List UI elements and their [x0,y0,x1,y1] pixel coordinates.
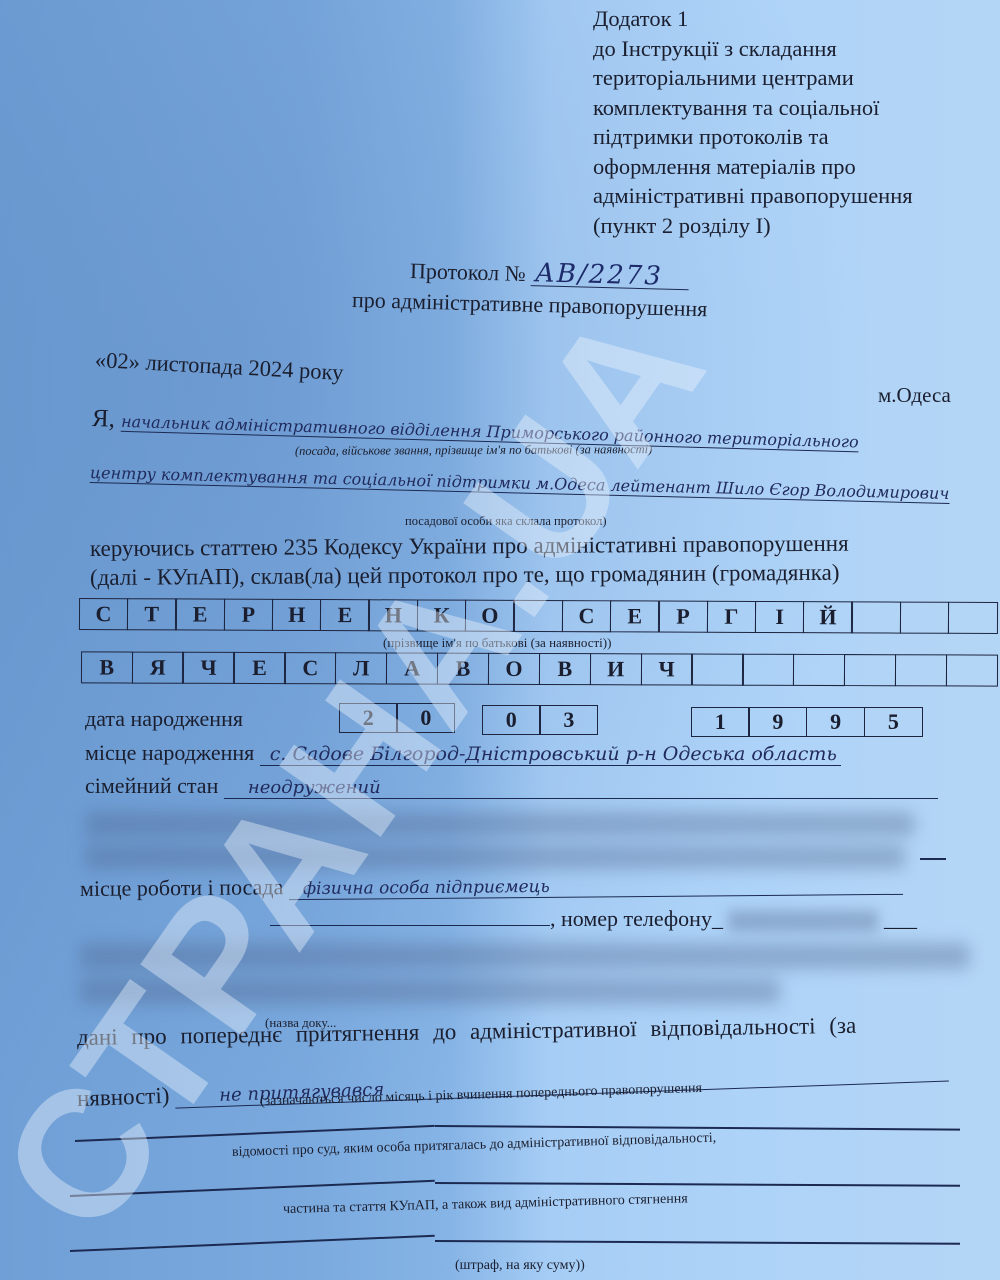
grid-cell: Й [803,601,853,633]
grid-cell: 5 [864,707,923,737]
marital-label: сімейний стан [85,773,218,798]
grid-cell: А [386,652,438,684]
redacted-block [80,978,780,1004]
officer-hint-2: посадової особи яка склала протокол) [405,514,607,529]
marital-line: сімейний стан неодружений [85,773,938,799]
grid-cell: В [437,653,489,685]
grid-cell: 3 [539,705,598,735]
underline [435,1182,960,1186]
grid-cell: Ч [640,653,692,685]
underline [435,1240,960,1244]
hint-fine: (штраф, на яку суму)) [455,1258,585,1274]
underline [75,1125,435,1142]
protocol-label: Протокол № [410,258,526,286]
grid-cell: Н [368,599,418,631]
appendix-header: Додаток 1 до Інструкції з складання тери… [593,4,913,240]
grid-cell [793,654,845,686]
grid-cell [900,602,950,634]
grid-cell [946,654,998,686]
header-line: адміністративні правопорушення [593,181,913,211]
redacted-block [80,943,970,969]
grid-cell: 9 [806,707,865,737]
header-line: комплектування та соціальної [593,93,913,123]
grid-cell: Т [127,598,177,630]
birthplace-label: місце народження [85,740,254,765]
name-grid-row-1: СТЕРНЕНКОСЕРГІЙ [80,598,998,634]
name-grid-row-2: ВЯЧЕСЛАВОВИЧ [82,651,998,686]
grid-cell [948,602,998,634]
grid-cell [513,600,563,632]
grid-cell: Н [272,599,322,631]
phone-line: , номер телефону_ ___ [270,906,917,932]
grid-cell: О [465,600,515,632]
birth-date-label: дата народження [85,706,243,732]
header-line: до Інструкції з складання [593,34,913,64]
work-line: місце роботи і посада фізична особа підп… [80,869,903,902]
grid-cell: В [81,651,133,683]
header-line: підтримки протоколів та [593,122,913,152]
header-line: Додаток 1 [593,4,913,34]
hint-article: частина та стаття КУпАП, а також вид адм… [283,1191,688,1218]
redacted-phone [728,910,878,932]
birthplace-line: місце народження с. Садове Білгород-Дніс… [85,740,841,766]
name-hint: (прізвище ім'я по батькові (за наявності… [383,635,611,651]
grid-cell: И [590,653,642,685]
grid-cell: 1 [691,707,750,737]
work-value: фізична особа підприємець [289,874,903,900]
underline [270,925,550,926]
work-label: місце роботи і посада [80,874,284,901]
grid-cell: С [562,600,612,632]
phone-label: номер телефону [561,906,712,931]
grid-cell: Е [610,600,660,632]
underline [70,1235,435,1252]
protocol-title: Протокол № АВ/2273 [410,258,690,291]
header-line: територіальними центрами [593,63,913,93]
previous-liability-line-1: дані про попереднє притягнення до адміні… [77,1013,857,1051]
header-line: (пункт 2 розділу І) [593,211,913,241]
hint-court: відомості про суд, яким особа притягалас… [232,1131,717,1161]
previous-liability-line-2: нявності) не притягувався [77,1056,950,1112]
grid-cell [691,654,743,686]
grid-cell: Р [658,601,708,633]
grid-cell [851,601,901,633]
birth-day-cells: 20 [340,703,455,733]
statement-line-2: (далі - КУпАП), склав(ла) цей протокол п… [90,560,840,591]
grid-cell: Е [233,652,285,684]
grid-cell: Ч [182,652,234,684]
officer-line-2: центру комплектування та соціальної підт… [90,463,950,504]
grid-cell: Е [320,599,370,631]
protocol-date: «02» листопада 2024 року [94,347,344,386]
grid-cell: Г [706,601,756,633]
birth-month-cells: 03 [483,705,598,735]
protocol-city: м.Одеса [878,383,951,408]
underline [435,1125,960,1130]
grid-cell: К [417,599,467,631]
grid-cell: 0 [396,703,455,733]
protocol-subtitle: про адміністративне правопорушення [352,287,708,322]
birthplace-value: с. Садове Білгород-Дністровський р-н Оде… [260,743,841,766]
grid-cell: Л [335,652,387,684]
statement-line-1: керуючись статтею 235 Кодексу України пр… [90,531,849,562]
birth-year-cells: 1995 [692,707,923,737]
underline [70,1180,435,1197]
grid-cell [895,654,947,686]
grid-cell [844,654,896,686]
grid-cell: 0 [482,705,541,735]
redacted-block [85,845,905,869]
grid-cell: О [488,653,540,685]
grid-cell: 9 [748,707,807,737]
grid-cell: С [79,598,129,630]
grid-cell: Р [224,599,274,631]
redacted-block [85,812,915,836]
grid-cell: С [284,652,336,684]
grid-cell: Я [132,652,184,684]
header-line: оформлення матеріалів про [593,152,913,182]
grid-cell: Е [175,598,225,630]
protocol-number: АВ/2273 [531,261,690,290]
grid-cell: 2 [339,703,398,733]
grid-cell: В [539,653,591,685]
officer-hint: (посада, військове звання, прізвище ім'я… [295,442,652,459]
marital-value: неодружений [224,777,938,799]
grid-cell: І [755,601,805,633]
grid-cell [742,654,794,686]
officer-prefix: Я, [92,405,116,433]
previous-liability-prefix: нявності) [77,1083,170,1111]
underline [920,858,946,860]
